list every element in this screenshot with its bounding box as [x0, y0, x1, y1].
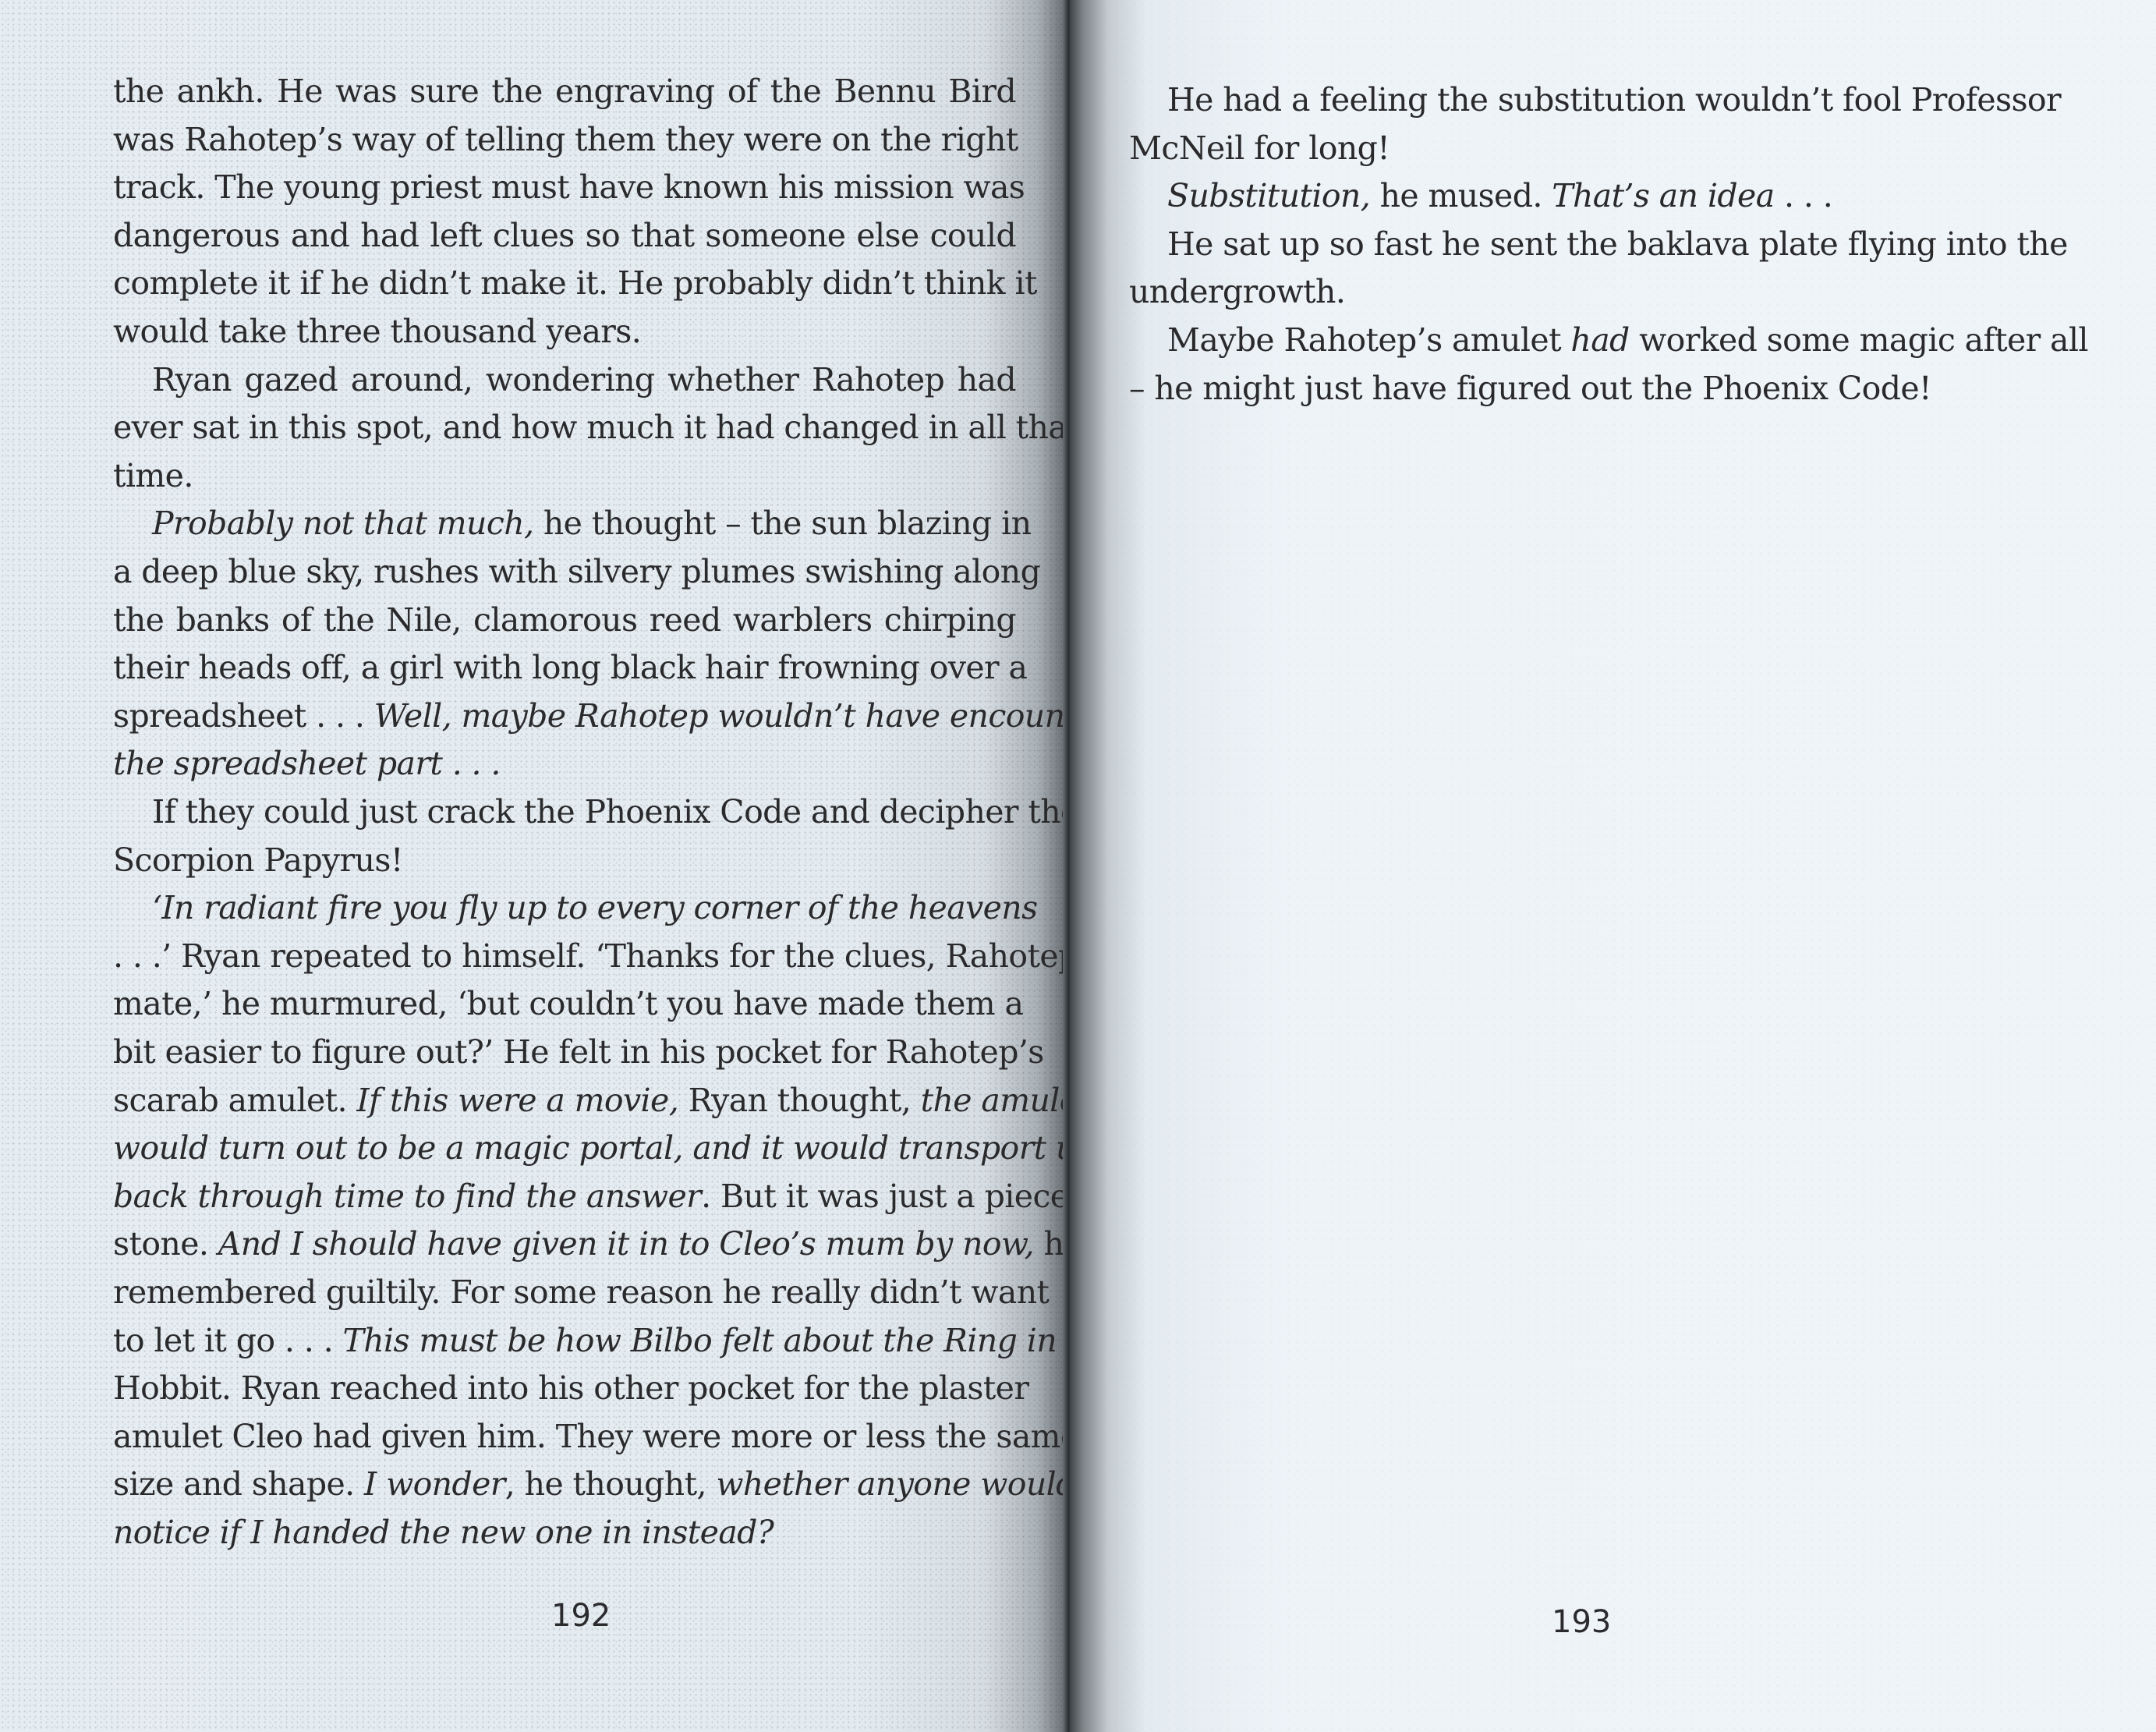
right-page-number: 193	[1552, 1606, 1611, 1638]
text-line: mate,’ he murmured, ‘but couldn’t you ha…	[113, 979, 1016, 1028]
italic-text: Substitution,	[1167, 177, 1370, 214]
text-run: Hobbit. Ryan reached into his other pock…	[113, 1369, 1028, 1407]
text-run: would take three thousand years.	[113, 313, 641, 350]
book-spread: the ankh. He was sure the engraving of t…	[0, 0, 2156, 1732]
text-line: amulet Cleo had given him. They were mor…	[113, 1412, 1016, 1461]
text-line: stone. And I should have given it in to …	[113, 1220, 1016, 1268]
text-line: He sat up so fast he sent the baklava pl…	[1167, 220, 2027, 268]
italic-text: That’s an idea	[1552, 177, 1774, 214]
text-run: track. The young priest must have known …	[113, 168, 1025, 206]
text-line: . . .’ Ryan repeated to himself. ‘Thanks…	[113, 932, 1016, 980]
text-line: spreadsheet . . . Well, maybe Rahotep wo…	[113, 692, 1016, 740]
text-run: was Rahotep’s way of telling them they w…	[113, 121, 1018, 158]
text-line: their heads off, a girl with long black …	[113, 643, 1016, 692]
text-run: amulet Cleo had given him. They were mor…	[113, 1418, 1079, 1455]
text-run: – he might just have figured out the Pho…	[1129, 370, 1931, 407]
text-run: the ankh. He was sure the engraving of t…	[113, 73, 1016, 110]
text-line: remembered guiltily. For some reason he …	[113, 1268, 1016, 1316]
text-run: scarab amulet.	[113, 1082, 356, 1119]
text-run: a deep blue sky, rushes with silvery plu…	[113, 553, 1040, 590]
text-run: to let it go . . .	[113, 1322, 342, 1359]
text-run: ever sat in this spot, and how much it h…	[113, 409, 1079, 446]
text-run: Scorpion Papyrus!	[113, 841, 403, 879]
text-run: stone.	[113, 1225, 218, 1263]
text-line: dangerous and had left clues so that som…	[113, 211, 1016, 260]
text-line: complete it if he didn’t make it. He pro…	[113, 259, 1016, 307]
text-run: mate,’ he murmured, ‘but couldn’t you ha…	[113, 985, 1023, 1022]
text-line: scarab amulet. If this were a movie, Rya…	[113, 1076, 1016, 1125]
italic-text: had	[1570, 321, 1629, 359]
text-line: notice if I handed the new one in instea…	[113, 1508, 1016, 1557]
text-line: – he might just have figured out the Pho…	[1129, 364, 2027, 413]
text-run: If they could just crack the Phoenix Cod…	[152, 793, 1079, 831]
text-line: to let it go . . . This must be how Bilb…	[113, 1316, 1016, 1365]
text-line: the banks of the Nile, clamorous reed wa…	[113, 596, 1016, 644]
text-run: , he thought,	[505, 1465, 717, 1503]
text-run: . . .’ Ryan repeated to himself. ‘Thanks…	[113, 937, 1088, 975]
text-run: Maybe Rahotep’s amulet	[1167, 321, 1570, 359]
italic-text: I wonder	[364, 1465, 505, 1503]
text-line: Substitution, he mused. That’s an idea .…	[1167, 172, 2027, 220]
text-run: spreadsheet . . .	[113, 697, 374, 735]
text-run: size and shape.	[113, 1465, 364, 1503]
text-line: the ankh. He was sure the engraving of t…	[113, 67, 1016, 115]
text-run: Ryan thought,	[678, 1082, 920, 1119]
italic-text: ‘In radiant fire you fly up to every cor…	[152, 889, 1038, 926]
text-run: . But it was just a piece of	[701, 1178, 1108, 1215]
text-line: Maybe Rahotep’s amulet had worked some m…	[1167, 316, 2027, 364]
text-line: Hobbit. Ryan reached into his other pock…	[113, 1364, 1016, 1412]
text-run: undergrowth.	[1129, 273, 1345, 310]
text-run: McNeil for long!	[1129, 129, 1390, 167]
text-line: back through time to find the answer. Bu…	[113, 1172, 1016, 1220]
text-run: . . .	[1775, 177, 1833, 214]
italic-text: notice if I handed the new one in instea…	[113, 1514, 774, 1551]
text-line: was Rahotep’s way of telling them they w…	[113, 115, 1016, 164]
italic-text: And I should have given it in to Cleo’s …	[218, 1225, 1034, 1263]
italic-text: back through time to find the answer	[113, 1178, 701, 1215]
text-run: remembered guiltily. For some reason he …	[113, 1273, 1049, 1311]
text-line: size and shape. I wonder, he thought, wh…	[113, 1460, 1016, 1508]
italic-text: This must be how Bilbo felt about the Ri…	[342, 1322, 1057, 1359]
text-run: worked some magic after all	[1630, 321, 2088, 359]
text-run: time.	[113, 457, 193, 494]
text-run: complete it if he didn’t make it. He pro…	[113, 264, 1037, 302]
text-run: he mused.	[1370, 177, 1552, 214]
italic-text: Probably not that much,	[152, 505, 533, 542]
text-line: would turn out to be a magic portal, and…	[113, 1124, 1016, 1172]
text-run: He sat up so fast he sent the baklava pl…	[1167, 225, 2068, 263]
text-run: bit easier to figure out?’ He felt in hi…	[113, 1033, 1044, 1071]
italic-text: the spreadsheet part . . .	[113, 745, 501, 782]
text-run: He had a feeling the substitution wouldn…	[1167, 81, 2061, 119]
text-run: the banks of the Nile, clamorous reed wa…	[113, 601, 1016, 639]
text-line: ever sat in this spot, and how much it h…	[113, 403, 1016, 452]
text-run: dangerous and had left clues so that som…	[113, 217, 1016, 254]
text-line: track. The young priest must have known …	[113, 163, 1016, 211]
italic-text: would turn out to be a magic portal, and…	[113, 1129, 1092, 1167]
right-page: He had a feeling the substitution wouldn…	[1070, 0, 2156, 1732]
left-page: the ankh. He was sure the engraving of t…	[0, 0, 1070, 1732]
text-run: he thought – the sun blazing in	[533, 505, 1031, 542]
italic-text: If this were a movie,	[356, 1082, 678, 1119]
text-run: Ryan gazed around, wondering whether Rah…	[152, 361, 1016, 398]
italic-text: whether anyone would	[716, 1465, 1075, 1503]
text-line: If they could just crack the Phoenix Cod…	[152, 788, 1016, 836]
text-line: a deep blue sky, rushes with silvery plu…	[113, 547, 1016, 596]
text-line: would take three thousand years.	[113, 307, 1016, 356]
left-page-number: 192	[551, 1600, 611, 1631]
text-line: the spreadsheet part . . .	[113, 739, 1016, 788]
text-line: bit easier to figure out?’ He felt in hi…	[113, 1028, 1016, 1076]
text-line: ‘In radiant fire you fly up to every cor…	[152, 884, 1016, 932]
text-line: He had a feeling the substitution wouldn…	[1167, 76, 2027, 124]
text-line: Probably not that much, he thought – the…	[152, 499, 1016, 547]
text-line: Scorpion Papyrus!	[113, 836, 1016, 884]
text-run: their heads off, a girl with long black …	[113, 649, 1027, 686]
text-line: time.	[113, 452, 1016, 500]
text-line: McNeil for long!	[1129, 124, 2027, 172]
text-line: Ryan gazed around, wondering whether Rah…	[152, 356, 1016, 404]
italic-text: Well, maybe Rahotep wouldn’t have encoun…	[374, 697, 1149, 735]
text-line: undergrowth.	[1129, 267, 2027, 316]
